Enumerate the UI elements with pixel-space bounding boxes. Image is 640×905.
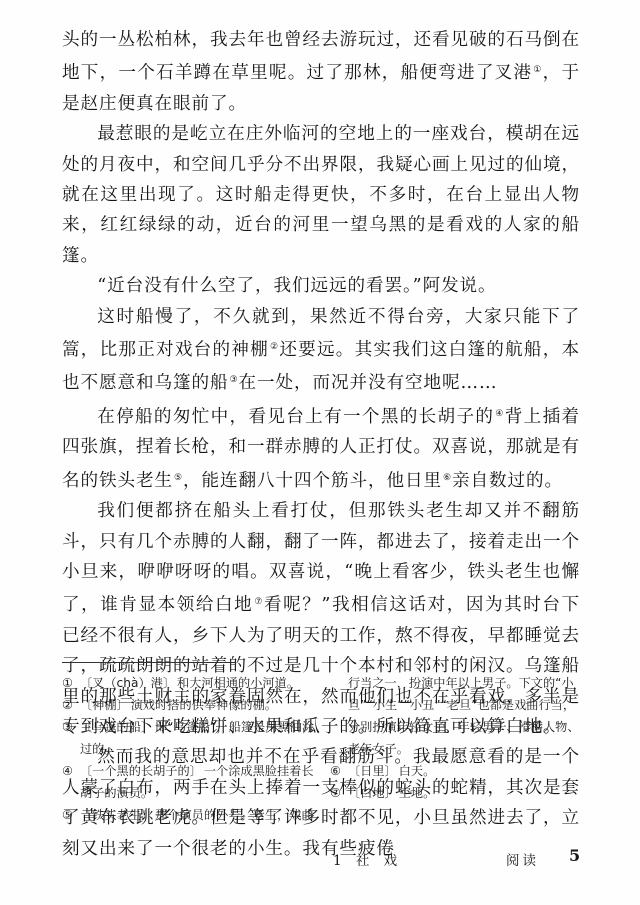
footnotes-right-column: 行当之一，扮演中年以上男子。下文的“小旦”“小生”“小丑”“老旦”也都是戏曲行当…: [330, 672, 580, 804]
footer-lesson-title: 1 社 戏: [333, 849, 402, 869]
footnote-term: 〔叉（chà）港〕: [80, 676, 175, 690]
paragraph: 最惹眼的是屹立在庄外临河的空地上的一座戏台，模胡在远处的月夜中，和空间几乎分不出…: [62, 119, 580, 271]
paragraph-text: “近台没有什么空了，我们远远的看罢。”阿发说。: [97, 276, 496, 296]
footnote-item: ②〔神棚〕演戏时搭的供奉神像的棚。: [62, 694, 316, 716]
footnote-number: ⑥: [330, 760, 341, 782]
paragraph-text: 亲自数过的。: [452, 471, 563, 491]
footnote-marker[interactable]: ④: [495, 409, 503, 419]
paragraph-text: 最惹眼的是屹立在庄外临河的空地上的一座戏台，模胡在远处的月夜中，和空间几乎分不出…: [62, 124, 580, 266]
paragraph: “近台没有什么空了，我们远远的看罢。”阿发说。: [62, 271, 580, 301]
footnote-marker[interactable]: ⑦: [254, 597, 263, 607]
paragraph: 头的一丛松柏林，我去年也曾经去游玩过，还看见破的石马倒在地下，一个石羊蹲在草里呢…: [62, 25, 580, 119]
footnote-definition: 空地。: [399, 786, 436, 800]
footnote-item: ④〔一个黑的长胡子的〕一个涂成黑脸挂着长胡子的演员。: [62, 760, 316, 804]
footnote-number: ⑤: [62, 804, 73, 826]
paragraph: 这时船慢了，不久就到，果然近不得台旁，大家只能下了篙，比那正对戏台的神棚②还要远…: [62, 302, 580, 399]
footer-section-label: 阅读: [506, 849, 539, 869]
footnote-definition: 和大河相通的小河道。: [177, 676, 299, 690]
footnotes-left-column: ①〔叉（chà）港〕和大河相通的小河道。②〔神棚〕演戏时搭的供奉神像的棚。③〔乌…: [62, 672, 316, 826]
page-number: 5: [569, 846, 580, 865]
footnote-item: ⑤〔铁头老生〕那个演员的外号。老生，戏曲: [62, 804, 316, 826]
footnote-item: ①〔叉（chà）港〕和大河相通的小河道。: [62, 672, 316, 694]
footnote-term: 〔白地〕: [348, 786, 397, 800]
footnote-term: 〔乌篷的船〕: [80, 720, 153, 734]
footnote-item: ③〔乌篷的船〕即“乌篷船”，船篷是用黑油涂过的。: [62, 716, 316, 760]
footnote-definition: 那个演员的外号。老生，戏曲: [155, 808, 313, 822]
footnote-definition: 演戏时搭的供奉神像的棚。: [131, 698, 277, 712]
footnote-marker[interactable]: ⑤: [174, 473, 182, 483]
footnote-number: ③: [62, 716, 73, 738]
footnote-term: 〔日里〕: [348, 764, 397, 778]
textbook-page: 头的一丛松柏林，我去年也曾经去游玩过，还看见破的石马倒在地下，一个石羊蹲在草里呢…: [0, 0, 640, 905]
footnote-term: 〔一个黑的长胡子的〕: [80, 764, 202, 778]
footnote-term: 〔铁头老生〕: [80, 808, 153, 822]
footnote-term: 〔神棚〕: [80, 698, 129, 712]
footnote-marker[interactable]: ③: [229, 375, 237, 385]
footnote-marker[interactable]: ①: [533, 65, 541, 75]
footnote-definition: 白天。: [399, 764, 436, 778]
paragraph-text: 在一处，而况并没有空地呢……: [239, 373, 498, 393]
paragraph-text: 在停船的匆忙中，看见台上有一个黑的长胡子的: [97, 407, 494, 427]
footnote-number: ②: [62, 694, 73, 716]
footnote-item: ⑦〔白地〕空地。: [330, 782, 580, 804]
footnote-5-continuation: 行当之一，扮演中年以上男子。下文的“小旦”“小生”“小丑”“老旦”也都是戏曲行当…: [330, 672, 580, 760]
footnote-number: ⑦: [330, 782, 341, 804]
paragraph-text: 头的一丛松柏林，我去年也曾经去游玩过，还看见破的石马倒在地下，一个石羊蹲在草里呢…: [62, 30, 580, 83]
footnote-marker[interactable]: ②: [270, 342, 278, 352]
footnote-number: ①: [62, 672, 73, 694]
footnote-marker[interactable]: ⑥: [443, 473, 451, 483]
footnote-number: ④: [62, 760, 73, 782]
footnote-divider: [62, 662, 236, 663]
paragraph: 在停船的匆忙中，看见台上有一个黑的长胡子的④背上插着四张旗，捏着长枪，和一群赤膊…: [62, 399, 580, 496]
footnote-item: ⑥〔日里〕白天。: [330, 760, 580, 782]
paragraph-text: ，能连翻八十四个筋斗，他日里: [183, 471, 442, 491]
